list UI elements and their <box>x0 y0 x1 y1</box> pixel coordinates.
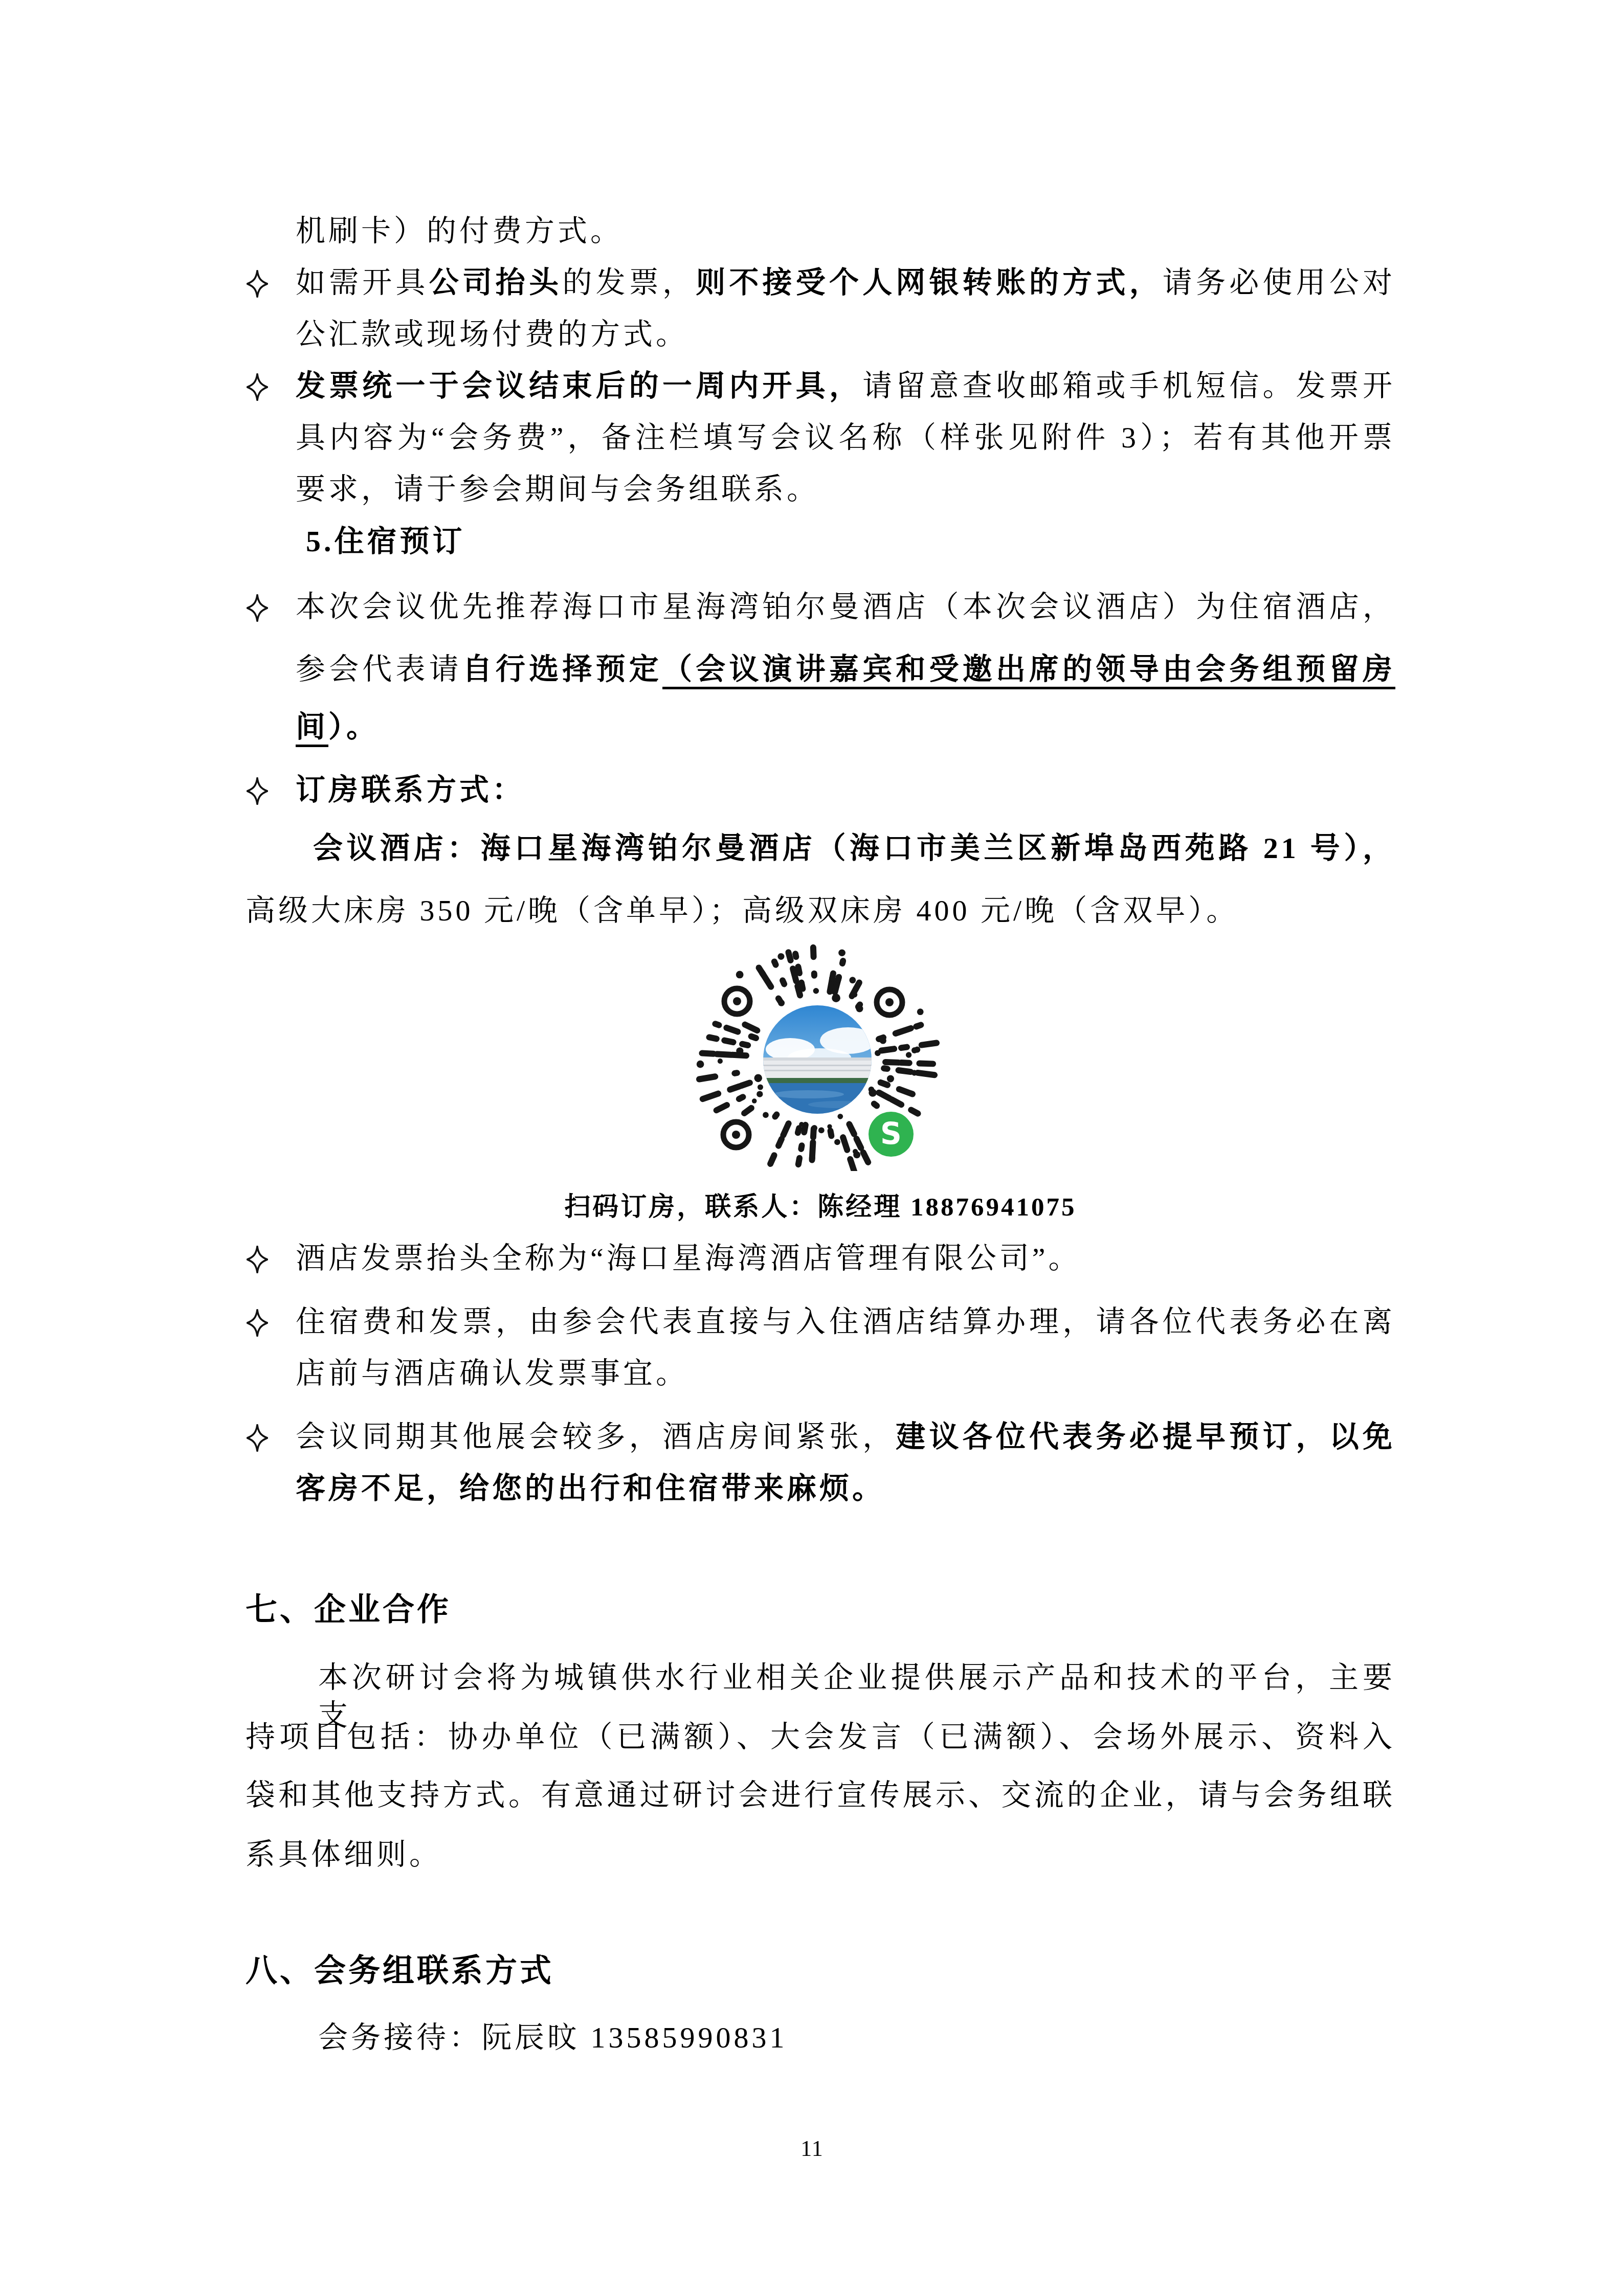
doc-line-lodging-settle-2: 店前与酒店确认发票事宜。 <box>246 1355 1395 1392</box>
diamond-bullet-icon <box>247 594 268 622</box>
doc-text-run: 的发票， <box>563 266 696 299</box>
doc-text-run: 间 <box>296 710 328 744</box>
doc-line-hotel-recommend-3: 间）。 <box>246 708 1395 746</box>
doc-text-run: ）。 <box>328 710 379 744</box>
doc-text-run: 店前与酒店确认发票事宜。 <box>296 1357 688 1390</box>
doc-text-run: 自行选择预定 <box>462 652 662 686</box>
doc-text-run: 本次会议优先推荐海口市星海湾铂尔曼酒店（本次会议酒店）为住宿酒店， <box>296 590 1395 623</box>
hotel-photo <box>762 1005 876 1115</box>
doc-text-run: 袋和其他支持方式。有意通过研讨会进行宣传展示、交流的企业，请与会务组联 <box>246 1779 1395 1812</box>
doc-text-run: 会议同期其他展会较多，酒店房间紧张， <box>296 1420 896 1453</box>
doc-line-book-early-2: 客房不足，给您的出行和住宿带来麻烦。 <box>246 1470 1395 1507</box>
doc-text-run: 公司抬头 <box>429 266 563 299</box>
diamond-bullet-icon <box>247 1309 268 1337</box>
doc-line-booking-contact: 订房联系方式： <box>246 771 1395 809</box>
doc-text-run: 如需开具 <box>296 266 429 299</box>
doc-text-run: 参会代表请 <box>296 652 462 686</box>
doc-text-run: 建议各位代表务必提早预订，以免 <box>896 1420 1395 1453</box>
doc-text-run: 发票统一于会议结束后的一周内开具， <box>296 369 862 402</box>
document-page: 机刷卡）的付费方式。 如需开具公司抬头的发票，则不接受个人网银转账的方式，请务必… <box>0 0 1624 2296</box>
doc-line-invoice-company: 如需开具公司抬头的发票，则不接受个人网银转账的方式，请务必使用公对 <box>246 264 1395 302</box>
diamond-bullet-icon <box>247 1246 268 1273</box>
doc-text-run: 请务必使用公对 <box>1163 266 1395 299</box>
svg-text:S: S <box>880 1116 902 1151</box>
miniprogram-logo: S <box>869 1112 914 1157</box>
doc-text-run: 酒店发票抬头全称为“海口星海湾酒店管理有限公司”。 <box>296 1242 1081 1275</box>
diamond-bullet-icon <box>247 373 268 401</box>
doc-line-payment-cont: 机刷卡）的付费方式。 <box>246 212 1395 250</box>
qr-code-figure: S <box>685 936 951 1171</box>
doc-line-heading-contact: 八、会务组联系方式 <box>246 1952 1395 1990</box>
doc-line-room-price: 高级大床房 350 元/晚（含单早）；高级双床房 400 元/晚（含双早）。 <box>246 892 1395 930</box>
doc-text-run: 要求，请于参会期间与会务组联系。 <box>296 472 819 506</box>
doc-text-run: 请留意查收邮箱或手机短信。发票开 <box>862 369 1395 402</box>
doc-text-run: 系具体细则。 <box>246 1838 442 1871</box>
doc-text-run: 公汇款或现场付费的方式。 <box>296 318 688 351</box>
diamond-bullet-icon <box>247 270 268 298</box>
doc-text-run: （会议演讲嘉宾和受邀出席的领导由会务组预留房 <box>662 652 1395 686</box>
doc-text-run: 客房不足，给您的出行和住宿带来麻烦。 <box>296 1472 885 1505</box>
doc-line-coop-2: 持项目包括：协办单位（已满额）、大会发言（已满额）、会场外展示、资料入 <box>246 1718 1395 1756</box>
doc-line-coop-4: 系具体细则。 <box>246 1836 1395 1874</box>
doc-text-run: 七、企业合作 <box>246 1593 451 1628</box>
doc-text-run: 持项目包括：协办单位（已满额）、大会发言（已满额）、会场外展示、资料入 <box>246 1720 1395 1753</box>
doc-line-hotel-invoice-title: 酒店发票抬头全称为“海口星海湾酒店管理有限公司”。 <box>246 1240 1395 1277</box>
doc-line-invoice-company-2: 公汇款或现场付费的方式。 <box>246 316 1395 353</box>
doc-text-run: 八、会务组联系方式 <box>246 1954 554 1989</box>
doc-line-invoice-timing: 发票统一于会议结束后的一周内开具，请留意查收邮箱或手机短信。发票开 <box>246 367 1395 405</box>
qr-caption: 扫码订房，联系人：陈经理 18876941075 <box>246 1185 1395 1223</box>
doc-line-contact-reception: 会务接待：阮辰旼 13585990831 <box>246 2019 1395 2057</box>
doc-text-run: 机刷卡）的付费方式。 <box>296 214 623 247</box>
diamond-bullet-icon <box>247 1424 268 1452</box>
qr-code-image: S <box>685 936 951 1171</box>
doc-line-hotel-recommend: 本次会议优先推荐海口市星海湾铂尔曼酒店（本次会议酒店）为住宿酒店， <box>246 588 1395 626</box>
diamond-bullet-icon <box>247 777 268 805</box>
doc-line-invoice-timing-2: 具内容为“会务费”，备注栏填写会议名称（样张见附件 3）；若有其他开票 <box>246 419 1395 457</box>
doc-line-hotel-recommend-2: 参会代表请自行选择预定（会议演讲嘉宾和受邀出席的领导由会务组预留房 <box>246 650 1395 688</box>
doc-text-run: 订房联系方式： <box>296 773 525 806</box>
doc-line-invoice-timing-3: 要求，请于参会期间与会务组联系。 <box>246 470 1395 508</box>
doc-line-heading-cooperation: 七、企业合作 <box>246 1591 1395 1629</box>
doc-line-lodging-settle: 住宿费和发票，由参会代表直接与入住酒店结算办理，请各位代表务必在离 <box>246 1303 1395 1341</box>
doc-text-run: 高级大床房 350 元/晚（含单早）；高级双床房 400 元/晚（含双早）。 <box>246 894 1239 927</box>
doc-line-coop-3: 袋和其他支持方式。有意通过研讨会进行宣传展示、交流的企业，请与会务组联 <box>246 1776 1395 1814</box>
doc-text-run: 会务接待：阮辰旼 13585990831 <box>318 2021 788 2054</box>
doc-text-run: 5.住宿预订 <box>306 525 465 558</box>
doc-line-book-early: 会议同期其他展会较多，酒店房间紧张，建议各位代表务必提早预订，以免 <box>246 1418 1395 1456</box>
doc-line-hotel-address: 会议酒店：海口星海湾铂尔曼酒店（海口市美兰区新埠岛西苑路 21 号）， <box>246 829 1395 867</box>
doc-text-run: 具内容为“会务费”，备注栏填写会议名称（样张见附件 3）；若有其他开票 <box>296 421 1395 454</box>
doc-text-run: 住宿费和发票，由参会代表直接与入住酒店结算办理，请各位代表务必在离 <box>296 1305 1395 1338</box>
doc-text-run: 会议酒店：海口星海湾铂尔曼酒店（海口市美兰区新埠岛西苑路 21 号）， <box>313 831 1395 865</box>
doc-line-heading-lodging: 5.住宿预订 <box>246 523 1395 560</box>
page-number: 11 <box>0 2135 1624 2162</box>
doc-text-run: 则不接受个人网银转账的方式， <box>696 266 1163 299</box>
